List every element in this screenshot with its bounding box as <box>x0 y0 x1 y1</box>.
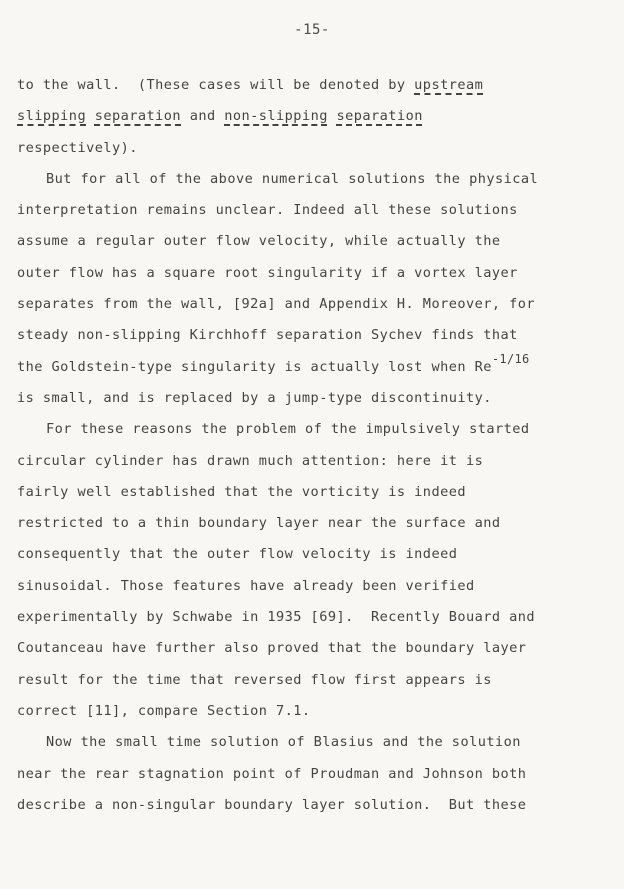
text-line: correct [11], compare Section 7.1. <box>17 696 617 727</box>
text-line: describe a non-singular boundary layer s… <box>17 790 617 821</box>
text-line: the Goldstein-type singularity is actual… <box>17 352 617 383</box>
paragraph: to the wall. (These cases will be denote… <box>17 70 617 164</box>
text-line: steady non-slipping Kirchhoff separation… <box>17 320 617 351</box>
paragraph: Now the small time solution of Blasius a… <box>17 727 617 821</box>
text-line: slipping separation and non-slipping sep… <box>17 101 617 132</box>
text-line: experimentally by Schwabe in 1935 [69]. … <box>17 602 617 633</box>
page-number: -15- <box>0 22 624 38</box>
text-line: restricted to a thin boundary layer near… <box>17 508 617 539</box>
text-line: circular cylinder has drawn much attenti… <box>17 446 617 477</box>
text-line: consequently that the outer flow velocit… <box>17 539 617 570</box>
text-line: separates from the wall, [92a] and Appen… <box>17 289 617 320</box>
text-line: interpretation remains unclear. Indeed a… <box>17 195 617 226</box>
text-line: Now the small time solution of Blasius a… <box>17 727 617 758</box>
paragraph: For these reasons the problem of the imp… <box>17 414 617 727</box>
text-line: outer flow has a square root singularity… <box>17 258 617 289</box>
text-line: sinusoidal. Those features have already … <box>17 571 617 602</box>
text-line: to the wall. (These cases will be denote… <box>17 70 617 101</box>
text-line: near the rear stagnation point of Proudm… <box>17 759 617 790</box>
underlined-term: upstream <box>414 77 483 93</box>
text-line: is small, and is replaced by a jump-type… <box>17 383 617 414</box>
text-line: fairly well established that the vortici… <box>17 477 617 508</box>
underlined-term: separation <box>95 108 181 124</box>
underlined-term: separation <box>337 108 423 124</box>
paragraph: But for all of the above numerical solut… <box>17 164 617 414</box>
underlined-term: non-slipping <box>224 108 328 124</box>
exponent: -1/16 <box>492 352 530 366</box>
body-text: to the wall. (These cases will be denote… <box>17 70 617 821</box>
text-line: respectively). <box>17 133 617 164</box>
text-line: result for the time that reversed flow f… <box>17 665 617 696</box>
text-line: assume a regular outer flow velocity, wh… <box>17 226 617 257</box>
text-line: But for all of the above numerical solut… <box>17 164 617 195</box>
document-page: -15- to the wall. (These cases will be d… <box>0 0 624 889</box>
underlined-term: slipping <box>17 108 86 124</box>
text-line: Coutanceau have further also proved that… <box>17 633 617 664</box>
text-line: For these reasons the problem of the imp… <box>17 414 617 445</box>
